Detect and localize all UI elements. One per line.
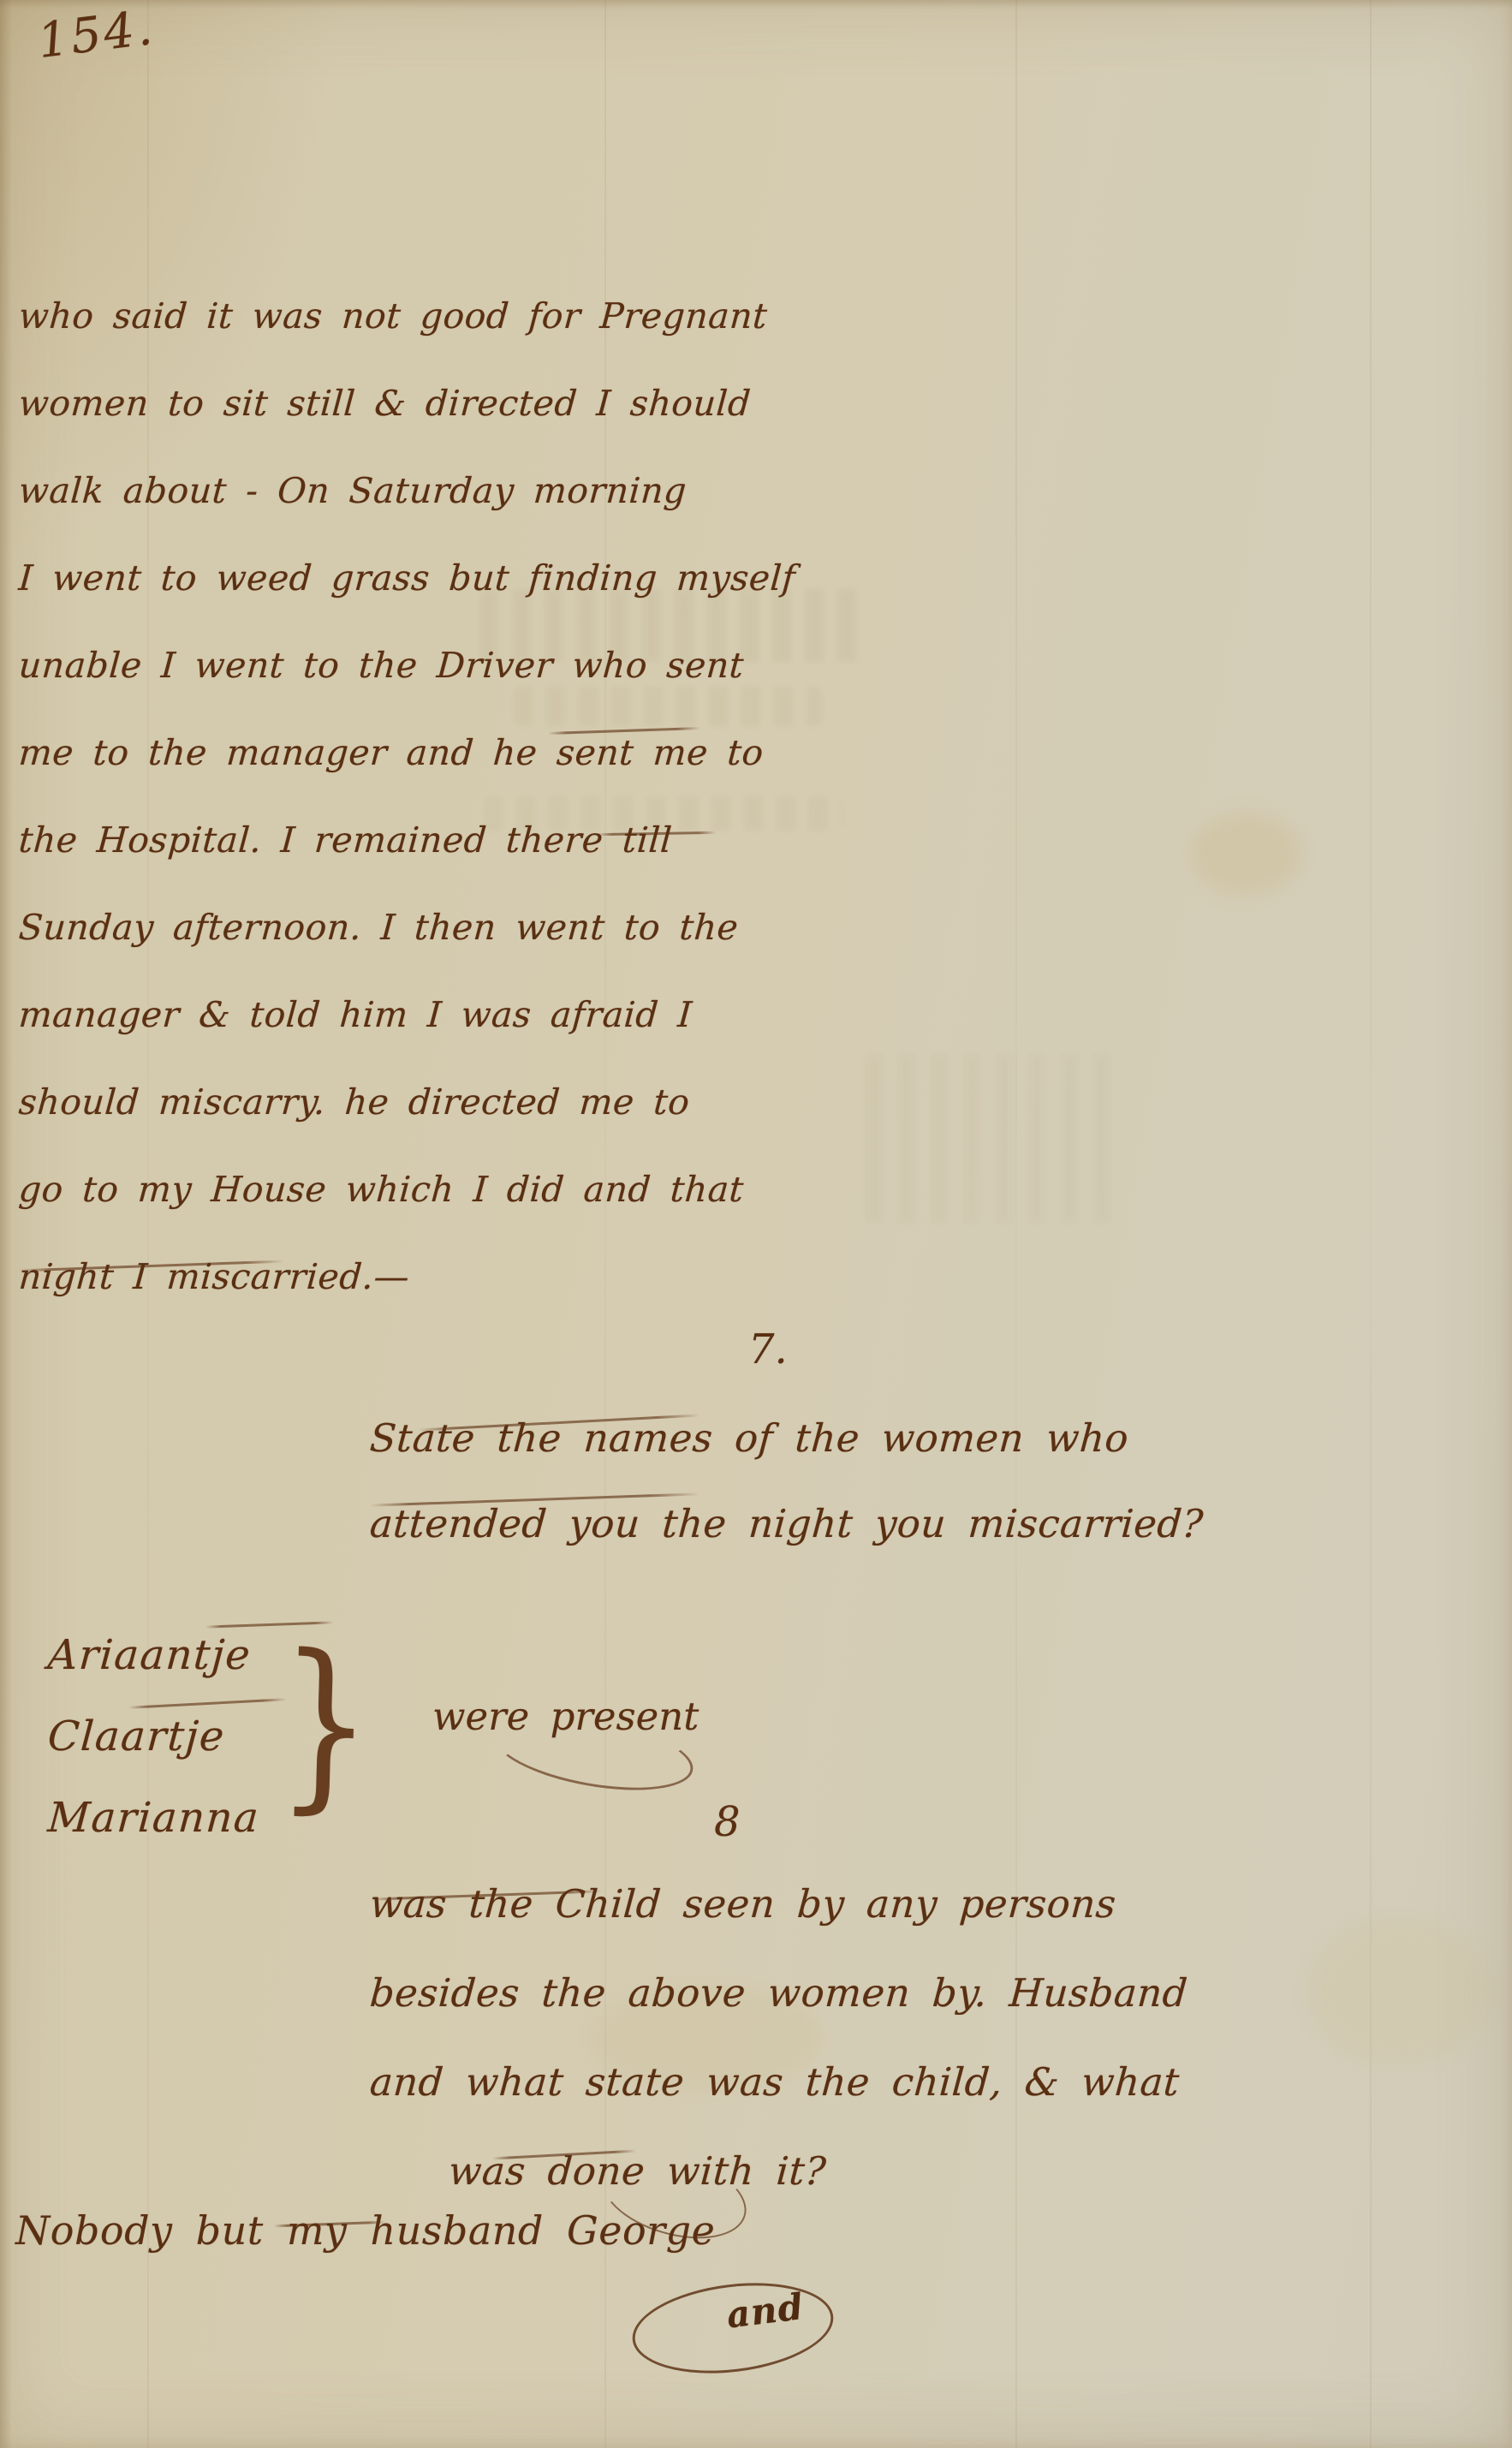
paper-crease — [1370, 0, 1372, 2448]
manuscript-line: should miscarry. he directed me to — [15, 1058, 798, 1146]
answer-8-text: Nobody but my husband George — [15, 2207, 715, 2254]
witness-name: Claartje — [45, 1696, 263, 1778]
page-number: 154. — [35, 0, 158, 69]
page-edge-shadow — [0, 0, 12, 2448]
manuscript-line: Sunday afternoon. I then went to the — [15, 884, 798, 971]
question-line: attended you the night you miscarried? — [367, 1481, 1206, 1567]
verso-showthrough — [865, 1053, 1122, 1224]
question-7: State the names of the women who attende… — [370, 1396, 1203, 1567]
catchword-oval: and — [628, 2272, 839, 2384]
manuscript-page: 154. who said it was not good for Pregna… — [0, 0, 1512, 2448]
witness-names: Ariaantje Claartje Marianna — [48, 1615, 259, 1859]
catchword: and — [724, 2285, 806, 2337]
page-edge-shadow — [0, 0, 1512, 9]
manuscript-line: who said it was not good for Pregnant — [15, 272, 798, 360]
manuscript-line: unable I went to the Driver who sent — [15, 622, 798, 709]
question-line: was the Child seen by any persons — [366, 1860, 1190, 1949]
manuscript-line: night I miscarried.— — [15, 1233, 798, 1320]
question-line: and what state was the child, & what — [366, 2038, 1190, 2127]
manuscript-line: go to my House which I did and that — [15, 1146, 798, 1233]
question-8: was the Child seen by any persons beside… — [370, 1860, 1188, 2216]
question-7-number: 7. — [748, 1325, 788, 1373]
names-brace: } — [276, 1634, 374, 1814]
question-line: besides the above women by. Husband — [366, 1949, 1190, 2038]
question-line: was done with it? — [366, 2127, 1190, 2216]
manuscript-line: I went to weed grass but finding myself — [15, 534, 798, 622]
manuscript-line: me to the manager and he sent me to — [15, 709, 798, 796]
manuscript-line: walk about - On Saturday morning — [15, 447, 798, 534]
manuscript-line: the Hospital. I remained there till — [15, 796, 798, 884]
question-8-number: 8 — [714, 1798, 741, 1846]
question-line: State the names of the women who — [367, 1396, 1206, 1481]
manuscript-line: manager & told him I was afraid I — [15, 971, 798, 1058]
witness-name: Marianna — [45, 1778, 263, 1859]
foxing-stain — [1310, 1918, 1490, 2064]
foxing-stain — [1190, 813, 1301, 895]
manuscript-line: women to sit still & directed I should — [15, 360, 798, 447]
answer-paragraph: who said it was not good for Pregnant wo… — [19, 272, 795, 1320]
